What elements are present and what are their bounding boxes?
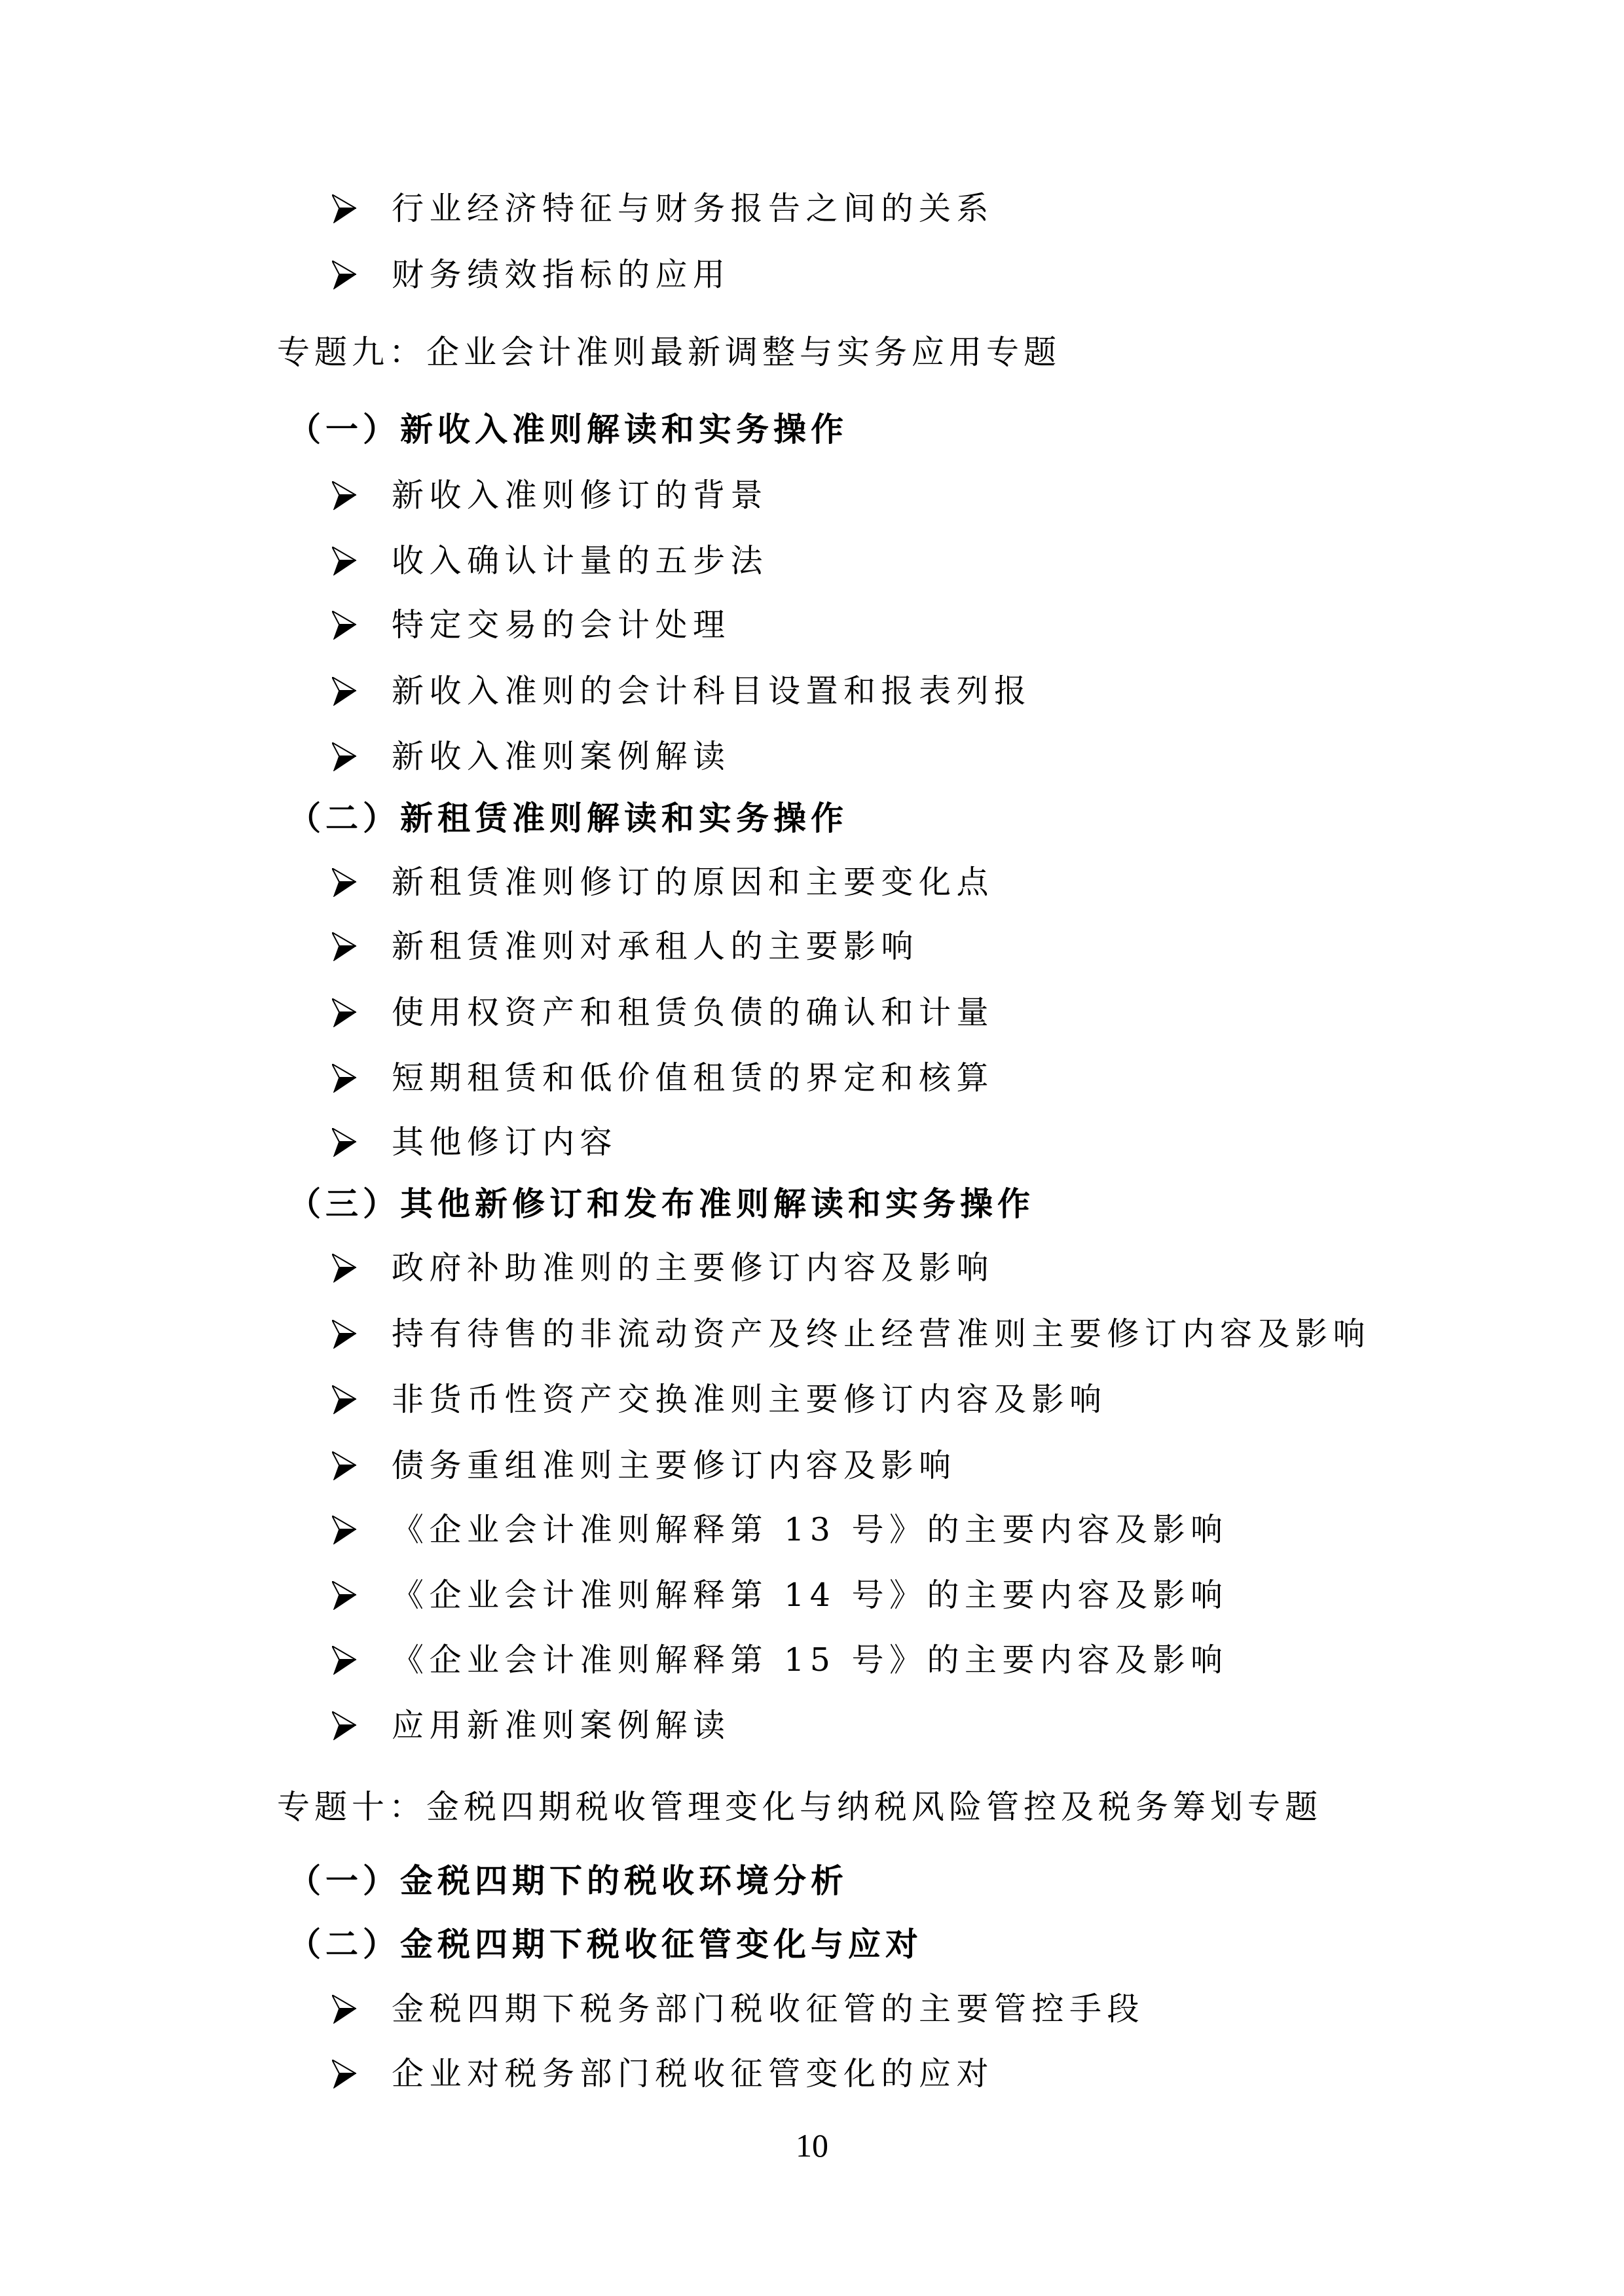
bullet-text: 政府补助准则的主要修订内容及影响 xyxy=(392,1248,994,1288)
subheading-text: （三）其他新修订和发布准则解读和实务操作 xyxy=(288,1184,1035,1224)
bullet-text: 新收入准则案例解读 xyxy=(392,737,731,776)
arrowhead-bullet-icon xyxy=(332,1385,356,1414)
bullet-text: 财务绩效指标的应用 xyxy=(392,255,731,295)
bullet-text: 《企业会计准则解释第 15 号》的主要内容及影响 xyxy=(392,1641,1228,1680)
arrowhead-bullet-icon xyxy=(332,1646,356,1675)
bullet-text: 其他修订内容 xyxy=(392,1123,618,1162)
bullet-text: 《企业会计准则解释第 14 号》的主要内容及影响 xyxy=(392,1576,1228,1615)
arrowhead-bullet-icon xyxy=(332,1711,356,1740)
arrowhead-bullet-icon xyxy=(332,194,356,223)
subheading-text: （二）新租赁准则解读和实务操作 xyxy=(288,799,848,838)
subheading-text: （二）金税四期下税收征管变化与应对 xyxy=(288,1925,923,1964)
bullet-text: 收入确认计量的五步法 xyxy=(392,541,768,581)
bullet-text: 新租赁准则对承租人的主要影响 xyxy=(392,927,919,966)
bullet-text: 企业对税务部门税收征管变化的应对 xyxy=(392,2054,994,2094)
arrowhead-bullet-icon xyxy=(332,481,356,510)
subheading-text: （一）新收入准则解读和实务操作 xyxy=(288,410,848,449)
arrowhead-bullet-icon xyxy=(332,868,356,897)
bullet-text: 债务重组准则主要修订内容及影响 xyxy=(392,1446,957,1485)
arrowhead-bullet-icon xyxy=(332,1581,356,1610)
arrowhead-bullet-icon xyxy=(332,1128,356,1157)
arrowhead-bullet-icon xyxy=(332,1254,356,1283)
arrowhead-bullet-icon xyxy=(332,1516,356,1544)
bullet-text: 行业经济特征与财务报告之间的关系 xyxy=(392,189,994,228)
arrowhead-bullet-icon xyxy=(332,1451,356,1480)
bullet-text: 持有待售的非流动资产及终止经营准则主要修订内容及影响 xyxy=(392,1315,1371,1354)
arrowhead-bullet-icon xyxy=(332,611,356,640)
bullet-text: 使用权资产和租赁负债的确认和计量 xyxy=(392,993,994,1032)
bullet-text: 新租赁准则修订的原因和主要变化点 xyxy=(392,863,994,902)
page-number: 10 xyxy=(0,2126,1624,2164)
bullet-text: 特定交易的会计处理 xyxy=(392,606,731,645)
bullet-text: 非货币性资产交换准则主要修订内容及影响 xyxy=(392,1380,1107,1419)
heading-text: 专题九：企业会计准则最新调整与实务应用专题 xyxy=(277,333,1061,372)
bullet-text: 新收入准则修订的背景 xyxy=(392,476,768,515)
arrowhead-bullet-icon xyxy=(332,547,356,575)
arrowhead-bullet-icon xyxy=(332,677,356,706)
arrowhead-bullet-icon xyxy=(332,1995,356,2024)
arrowhead-bullet-icon xyxy=(332,1064,356,1093)
arrowhead-bullet-icon xyxy=(332,998,356,1027)
arrowhead-bullet-icon xyxy=(332,261,356,289)
heading-text: 专题十：金税四期税收管理变化与纳税风险管控及税务筹划专题 xyxy=(277,1787,1322,1827)
arrowhead-bullet-icon xyxy=(332,2060,356,2088)
bullet-text: 新收入准则的会计科目设置和报表列报 xyxy=(392,672,1032,711)
bullet-text: 金税四期下税务部门税收征管的主要管控手段 xyxy=(392,1990,1145,2029)
subheading-text: （一）金税四期下的税收环境分析 xyxy=(288,1861,848,1901)
bullet-text: 应用新准则案例解读 xyxy=(392,1706,731,1745)
arrowhead-bullet-icon xyxy=(332,1320,356,1349)
bullet-text: 短期租赁和低价值租赁的界定和核算 xyxy=(392,1059,994,1098)
arrowhead-bullet-icon xyxy=(332,932,356,961)
arrowhead-bullet-icon xyxy=(332,742,356,771)
bullet-text: 《企业会计准则解释第 13 号》的主要内容及影响 xyxy=(392,1510,1228,1550)
